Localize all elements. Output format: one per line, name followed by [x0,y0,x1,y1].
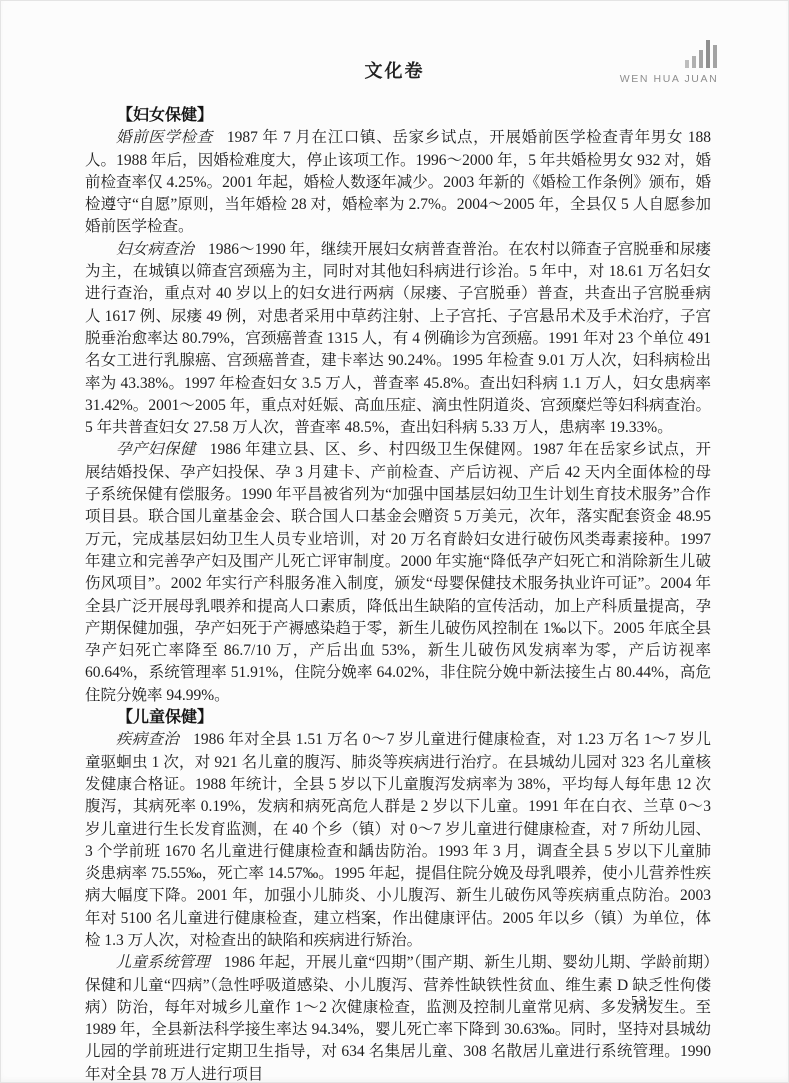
paragraph-lead: 疾病查治 [116,731,179,748]
logo-bar-icon [685,60,689,68]
paragraph: 儿童系统管理1986 年起，开展儿童“四期”（围产期、新生儿期、婴幼儿期、学龄前… [85,952,711,1083]
scanned-book-page: 文化卷 WEN HUA JUAN 【妇女保健】 婚前医学检查1987 年 7 月… [0,0,789,1083]
paragraph-text: 1986 年建立县、区、乡、村四级卫生保健网。1987 年在岳家乡试点，开展结婚… [85,441,711,703]
section-children-health: 【儿童保健】 疾病查治1986 年对全县 1.51 万名 0～7 岁儿童进行健康… [85,707,711,1083]
section-heading: 【儿童保健】 [85,707,711,729]
paragraph-lead: 孕产妇保健 [116,441,196,458]
paragraph-lead: 妇女病查治 [116,241,194,258]
paragraph: 疾病查治1986 年对全县 1.51 万名 0～7 岁儿童进行健康检查，对 1.… [85,729,711,952]
publisher-logo: WEN HUA JUAN [609,38,729,85]
page-number: · 531 · [621,994,665,1010]
paragraph-text: 1986～1990 年，继续开展妇女病普查普治。在农村以筛查子宫脱垂和尿瘘为主，… [85,241,711,436]
page-body: 【妇女保健】 婚前医学检查1987 年 7 月在江口镇、岳家乡试点，开展婚前医学… [85,105,711,1083]
logo-bar-icon [699,50,703,68]
section-women-health: 【妇女保健】 婚前医学检查1987 年 7 月在江口镇、岳家乡试点，开展婚前医学… [85,105,711,707]
logo-bar-icon [713,45,717,68]
bar-chart-logo-icon [609,38,729,68]
paragraph: 妇女病查治1986～1990 年，继续开展妇女病普查普治。在农村以筛查子宫脱垂和… [85,239,711,440]
paragraph-lead: 婚前医学检查 [116,129,213,146]
paragraph-text: 1986 年对全县 1.51 万名 0～7 岁儿童进行健康检查，对 1.23 万… [85,731,711,949]
section-heading: 【妇女保健】 [85,105,711,127]
paragraph: 孕产妇保健1986 年建立县、区、乡、村四级卫生保健网。1987 年在岳家乡试点… [85,439,711,707]
paragraph-text: 1986 年起，开展儿童“四期”（围产期、新生儿期、婴幼儿期、学龄前期）保健和儿… [85,954,711,1082]
logo-bar-icon [692,56,696,68]
logo-text: WEN HUA JUAN [609,73,729,85]
paragraph-lead: 儿童系统管理 [116,954,210,971]
logo-bar-icon [706,40,710,68]
paragraph: 婚前医学检查1987 年 7 月在江口镇、岳家乡试点，开展婚前医学检查青年男女 … [85,127,711,238]
